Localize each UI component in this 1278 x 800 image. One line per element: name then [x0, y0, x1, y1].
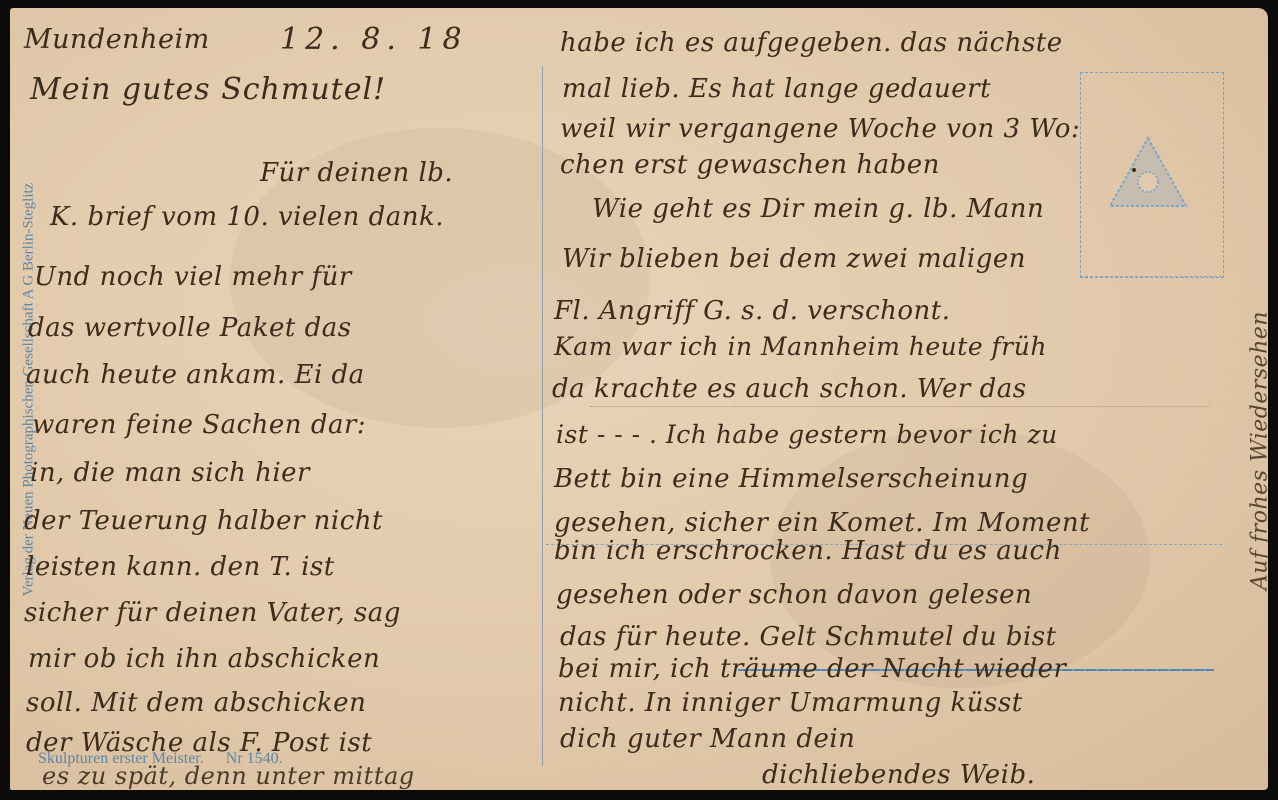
margin-note: Auf frohes Wiedersehen — [1248, 301, 1269, 601]
place-name: Mundenheim — [24, 24, 210, 55]
letter-line: bei mir, ich träume der Nacht wieder — [558, 654, 1066, 684]
letter-line: Wir blieben bei dem zwei maligen — [562, 244, 1026, 274]
address-line-1 — [1080, 276, 1222, 277]
letter-line: chen erst gewaschen haben — [560, 150, 940, 180]
letter-line: weil wir vergangene Woche von 3 Wo: — [560, 114, 1080, 144]
salutation: Mein gutes Schmutel! — [30, 72, 386, 107]
closing-signature: dichliebendes Weib. — [762, 760, 1035, 790]
letter-line: der Wäsche als F. Post ist — [26, 728, 372, 758]
postcard: Verlag der Neuen Photographischen Gesell… — [10, 8, 1268, 790]
letter-line: Wie geht es Dir mein g. lb. Mann — [592, 194, 1044, 224]
letter-line: auch heute ankam. Ei da — [26, 360, 365, 390]
letter-line: Kam war ich in Mannheim heute früh — [554, 332, 1047, 361]
letter-line: K. brief vom 10. vielen dank. — [50, 202, 444, 232]
letter-line: das wertvolle Paket das — [28, 313, 352, 343]
letter-line: bin ich erschrocken. Hast du es auch — [554, 536, 1062, 566]
letter-line: Für deinen lb. — [260, 158, 453, 188]
letter-line: habe ich es aufgegeben. das nächste — [560, 28, 1063, 58]
letter-line: leisten kann. den T. ist — [26, 552, 335, 582]
letter-line: in, die man sich hier — [30, 458, 310, 488]
date: 12. 8. 18 — [280, 22, 468, 57]
letter-line: ist - - - . Ich habe gestern bevor ich z… — [556, 420, 1058, 449]
letter-line: mal lieb. Es hat lange gedauert — [562, 74, 991, 104]
letter-line: Fl. Angriff G. s. d. verschont. — [554, 296, 951, 326]
vertical-divider — [542, 66, 543, 766]
letter-line: Und noch viel mehr für — [34, 262, 352, 292]
letter-line: gesehen oder schon davon gelesen — [556, 580, 1032, 610]
letter-line: nicht. In inniger Umarmung küsst — [558, 688, 1023, 718]
triangle-publisher-logo-icon — [1108, 136, 1188, 208]
letter-line: gesehen, sicher ein Komet. Im Moment — [554, 508, 1090, 538]
letter-line: dich guter Mann dein — [560, 724, 855, 754]
letter-line: mir ob ich ihn abschicken — [28, 644, 380, 674]
letter-line: waren feine Sachen dar: — [32, 410, 366, 440]
letter-line: es zu spät, denn unter mittag — [42, 762, 415, 790]
letter-line: sicher für deinen Vater, sag — [24, 598, 401, 628]
letter-line: Bett bin eine Himmelserscheinung — [554, 464, 1028, 494]
letter-line: da krachte es auch schon. Wer das — [552, 374, 1027, 404]
letter-line: der Teuerung halber nicht — [24, 506, 383, 536]
address-line-2 — [590, 406, 1210, 407]
letter-line: das für heute. Gelt Schmutel du bist — [560, 622, 1057, 652]
letter-line: soll. Mit dem abschicken — [26, 688, 366, 718]
